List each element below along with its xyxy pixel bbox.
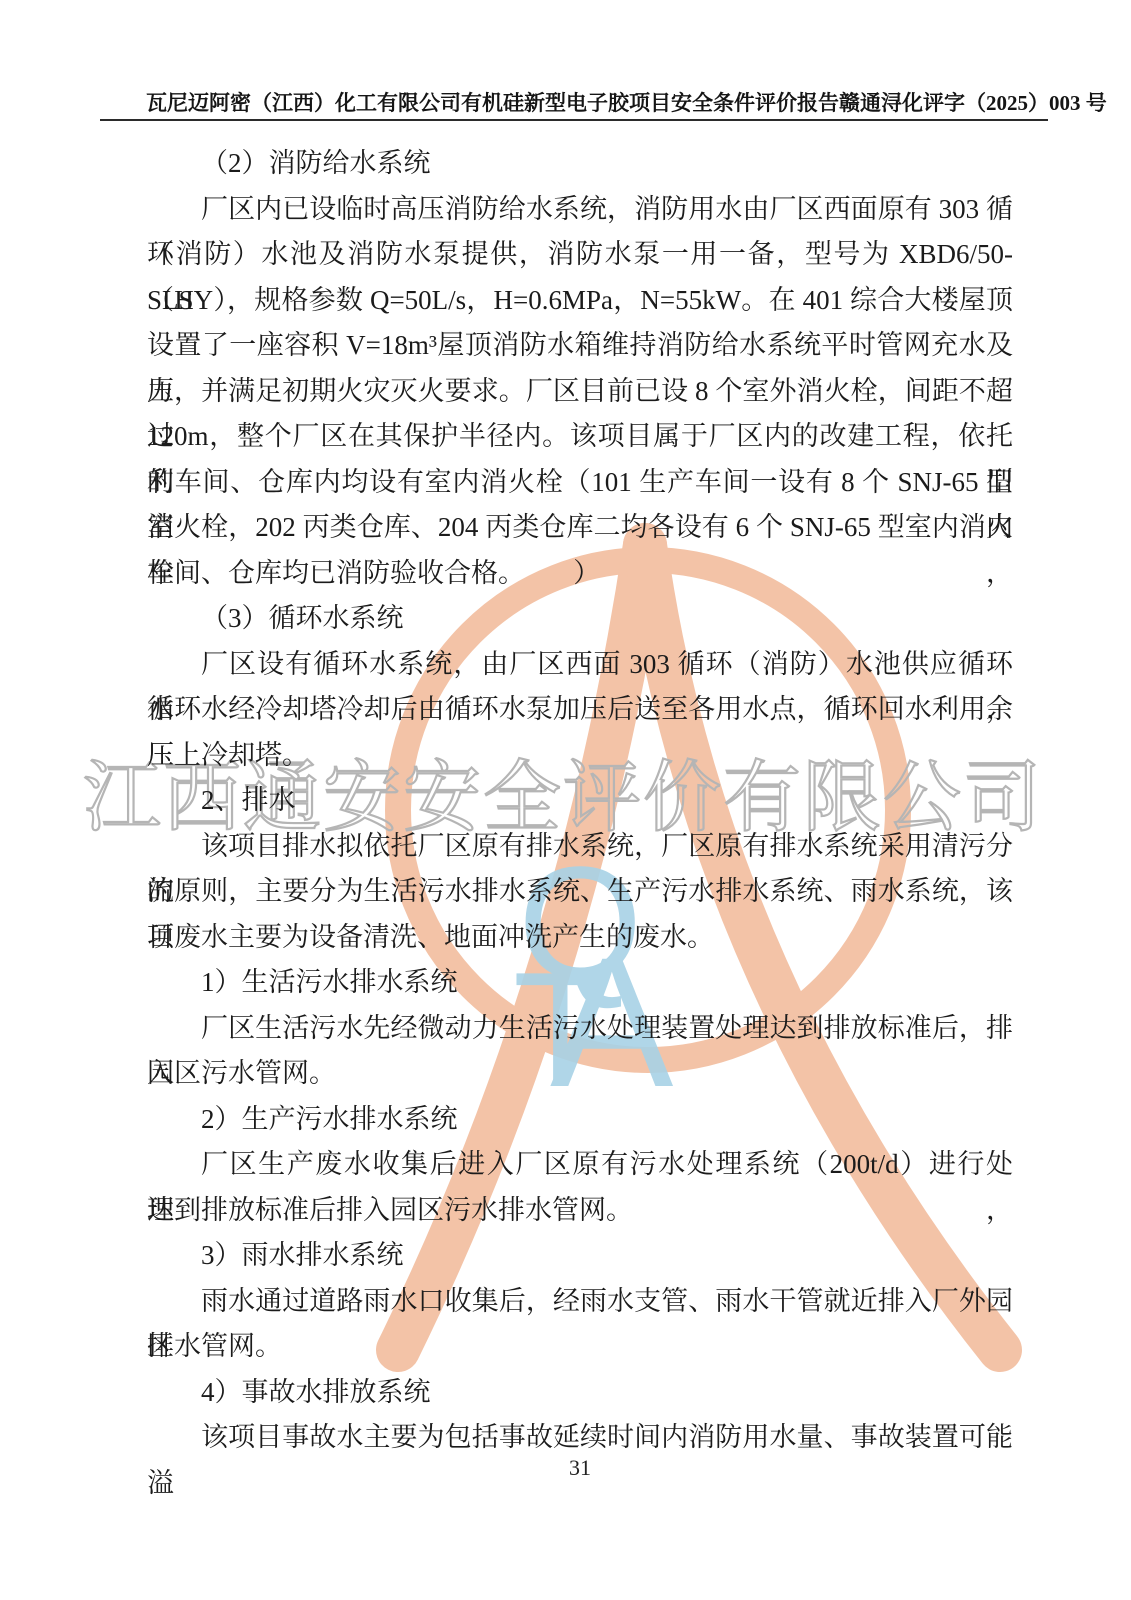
body-line: 目废水主要为设备清洗、地面冲洗产生的废水。 <box>147 915 1013 961</box>
body-line: （HY），规格参数 Q=50L/s，H=0.6MPa，N=55kW。在 401 … <box>147 278 1013 324</box>
body-line: 1）生活污水排水系统 <box>147 960 1013 1006</box>
header-report-title: 瓦尼迈阿密（江西）化工有限公司有机硅新型电子胶项目安全条件评价报告 <box>146 90 839 116</box>
body-line: 压上冷却塔。 <box>147 733 1013 779</box>
body-line: （3）循环水系统 <box>147 596 1013 642</box>
body-line: 设置了一座容积 V=18m³屋顶消防水箱维持消防给水系统平时管网充水及压 <box>147 323 1013 369</box>
body-text: （2）消防给水系统 厂区内已设临时高压消防给水系统，消防用水由厂区西面原有 30… <box>147 141 1013 1461</box>
page-header: 瓦尼迈阿密（江西）化工有限公司有机硅新型电子胶项目安全条件评价报告 赣通浔化评字… <box>100 90 1048 121</box>
body-line: 力，并满足初期火灾灭火要求。厂区目前已设 8 个室外消火栓，间距不超过 <box>147 369 1013 415</box>
body-line: 厂区设有循环水系统，由厂区西面 303 循环（消防）水池供应循环水， <box>147 642 1013 688</box>
body-line: 园区污水管网。 <box>147 1051 1013 1097</box>
body-line: 该项目事故水主要为包括事故延续时间内消防用水量、事故装置可能溢 <box>147 1415 1013 1461</box>
body-line: 的车间、仓库内均设有室内消火栓（101 生产车间一设有 8 个 SNJ-65 型… <box>147 460 1013 506</box>
body-line: 循环水经冷却塔冷却后由循环水泵加压后送至各用水点，循环回水利用余压 <box>147 687 1013 733</box>
body-line: 120m，整个厂区在其保护半径内。该项目属于厂区内的改建工程，依托利旧 <box>147 414 1013 460</box>
body-line: 2）生产污水排水系统 <box>147 1097 1013 1143</box>
page-number: 31 <box>147 1455 1013 1481</box>
body-line: 雨水通过道路雨水口收集后，经雨水支管、雨水干管就近排入厂外园区 <box>147 1279 1013 1325</box>
body-line: 消火栓，202 丙类仓库、204 丙类仓库二均各设有 6 个 SNJ-65 型室… <box>147 505 1013 551</box>
body-line: （消防）水池及消防水泵提供，消防水泵一用一备，型号为 XBD6/50-SLS <box>147 232 1013 278</box>
body-line: 厂区内已设临时高压消防给水系统，消防用水由厂区西面原有 303 循环 <box>147 187 1013 233</box>
body-line: 3）雨水排水系统 <box>147 1233 1013 1279</box>
body-line: 的原则，主要分为生活污水排水系统、生产污水排水系统、雨水系统，该项 <box>147 869 1013 915</box>
body-line: 4）事故水排放系统 <box>147 1370 1013 1416</box>
body-line: 2、排水 <box>147 778 1013 824</box>
body-line: 排水管网。 <box>147 1324 1013 1370</box>
body-line: （2）消防给水系统 <box>147 141 1013 187</box>
report-page: { "header": { "left": "瓦尼迈阿密（江西）化工有限公司有机… <box>0 0 1131 1600</box>
body-line: 厂区生活污水先经微动力生活污水处理装置处理达到排放标准后，排入 <box>147 1006 1013 1052</box>
header-document-number: 赣通浔化评字（2025）003 号 <box>839 90 1107 116</box>
body-line: 该项目排水拟依托厂区原有排水系统，厂区原有排水系统采用清污分流 <box>147 824 1013 870</box>
body-line: 厂区生产废水收集后进入厂区原有污水处理系统（200t/d）进行处理， <box>147 1142 1013 1188</box>
